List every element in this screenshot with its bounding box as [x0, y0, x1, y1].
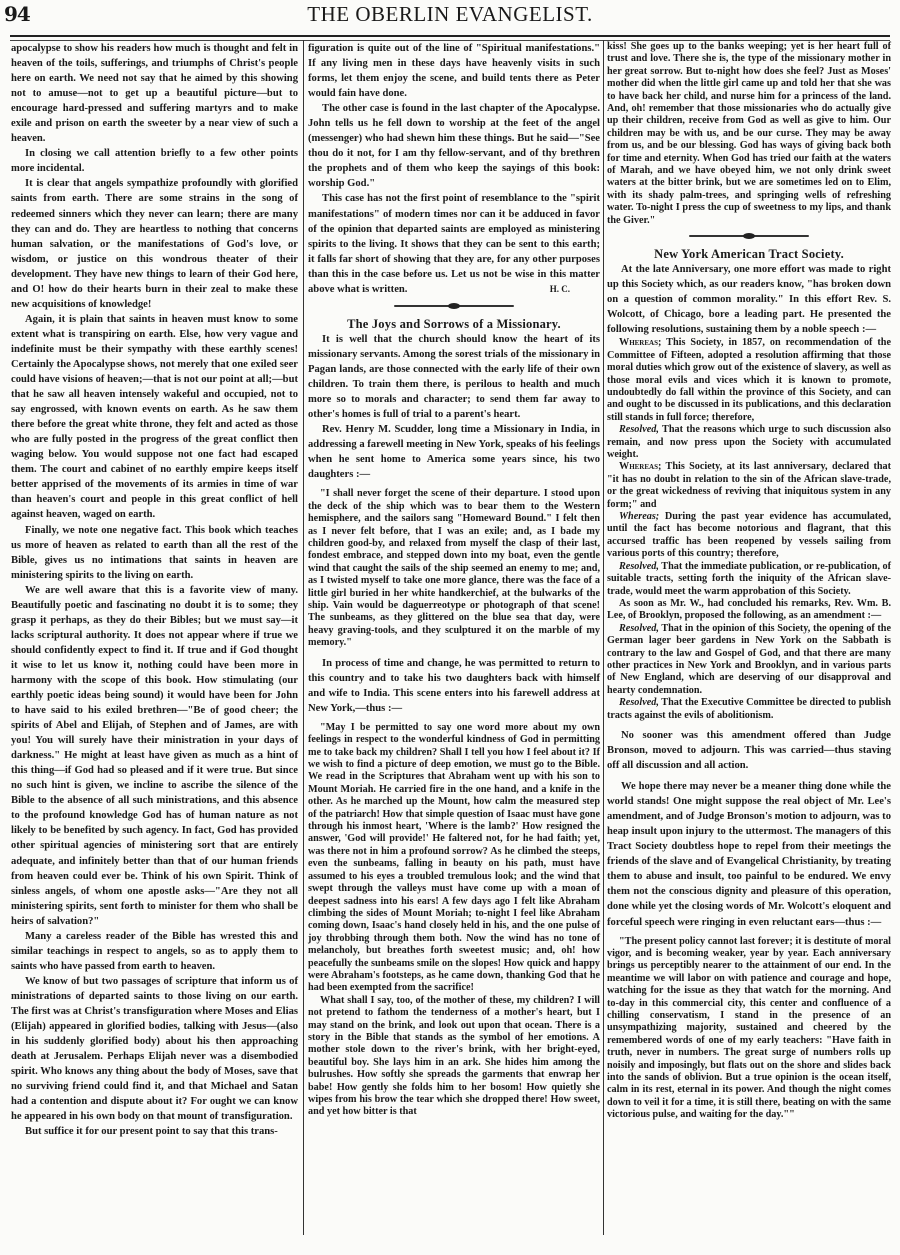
section-separator [394, 305, 514, 307]
paragraph: At the late Anniversary, one more effort… [607, 262, 891, 337]
paragraph: Many a careless reader of the Bible has … [11, 929, 298, 974]
quote-paragraph: kiss! She goes up to the banks weeping; … [607, 41, 891, 227]
resolution-lead: Resolved, [619, 561, 659, 572]
article-headline: The Joys and Sorrows of a Missionary. [308, 317, 600, 332]
quote-paragraph: "I shall never forget the scene of their… [308, 488, 600, 649]
quote-paragraph: "The present policy cannot last forever;… [607, 936, 891, 1122]
resolution: Whereas; This Society, at its last anniv… [607, 461, 891, 511]
block-quote: "I shall never forget the scene of their… [308, 488, 600, 649]
resolution: Whereas; During the past year evidence h… [607, 511, 891, 561]
resolution-lead: Resolved, [619, 424, 659, 435]
paragraph: We are well aware that this is a favorit… [11, 583, 298, 929]
masthead: 94 THE OBERLIN EVANGELIST. [0, 0, 900, 36]
resolution-lead: Whereas; [619, 461, 661, 472]
paragraph: It is clear that angels sympathize profo… [11, 176, 298, 311]
paragraph: It is well that the church should know t… [308, 332, 600, 422]
block-quote: "May I be permitted to say one word more… [308, 722, 600, 1119]
article-headline: New York American Tract Society. [607, 247, 891, 262]
paragraph: We know of but two passages of scripture… [11, 974, 298, 1124]
paragraph: figuration is quite out of the line of "… [308, 41, 600, 101]
resolution-lead: Whereas; [619, 511, 659, 522]
paragraph: Rev. Henry M. Scudder, long time a Missi… [308, 422, 600, 482]
resolution: Resolved, That the reasons which urge to… [607, 424, 891, 461]
section-separator [689, 235, 809, 237]
resolution-lead: Resolved, [619, 623, 659, 634]
resolution: Resolved, That the immediate publication… [607, 561, 891, 598]
paragraph: We hope there may never be a meaner thin… [607, 779, 891, 929]
paragraph: In process of time and change, he was pe… [308, 656, 600, 716]
amendment: Resolved, That the Executive Committee b… [607, 697, 891, 722]
column-divider-2 [603, 40, 604, 1235]
column-1: apocalypse to show his readers how much … [11, 41, 298, 1139]
column-2: figuration is quite out of the line of "… [308, 41, 600, 1119]
column-3: kiss! She goes up to the banks weeping; … [607, 41, 891, 1122]
amendment: Resolved, That in the opinion of this So… [607, 623, 891, 697]
paragraph: apocalypse to show his readers how much … [11, 41, 298, 146]
resolution-lead: Resolved, [619, 697, 659, 708]
quote-paragraph: "May I be permitted to say one word more… [308, 722, 600, 995]
paragraph: This case has not the first point of res… [308, 191, 600, 296]
paragraph: No sooner was this amendment offered tha… [607, 728, 891, 773]
block-quote: "The present policy cannot last forever;… [607, 936, 891, 1122]
resolution: Whereas; This Society, in 1857, on recom… [607, 337, 891, 424]
block-quote: kiss! She goes up to the banks weeping; … [607, 41, 891, 227]
resolutions-block: Whereas; This Society, in 1857, on recom… [607, 337, 891, 722]
paragraph: Again, it is plain that saints in heaven… [11, 312, 298, 523]
resolution-lead: Whereas; [619, 337, 661, 348]
newspaper-title: THE OBERLIN EVANGELIST. [0, 2, 900, 27]
paragraph: But suffice it for our present point to … [11, 1124, 298, 1139]
paragraph: Finally, we note one negative fact. This… [11, 523, 298, 583]
column-divider-1 [303, 40, 304, 1235]
paragraph: In closing we call attention briefly to … [11, 146, 298, 176]
paragraph: The other case is found in the last chap… [308, 101, 600, 191]
paragraph: As soon as Mr. W., had concluded his rem… [607, 598, 891, 623]
quote-paragraph: What shall I say, too, of the mother of … [308, 995, 600, 1119]
